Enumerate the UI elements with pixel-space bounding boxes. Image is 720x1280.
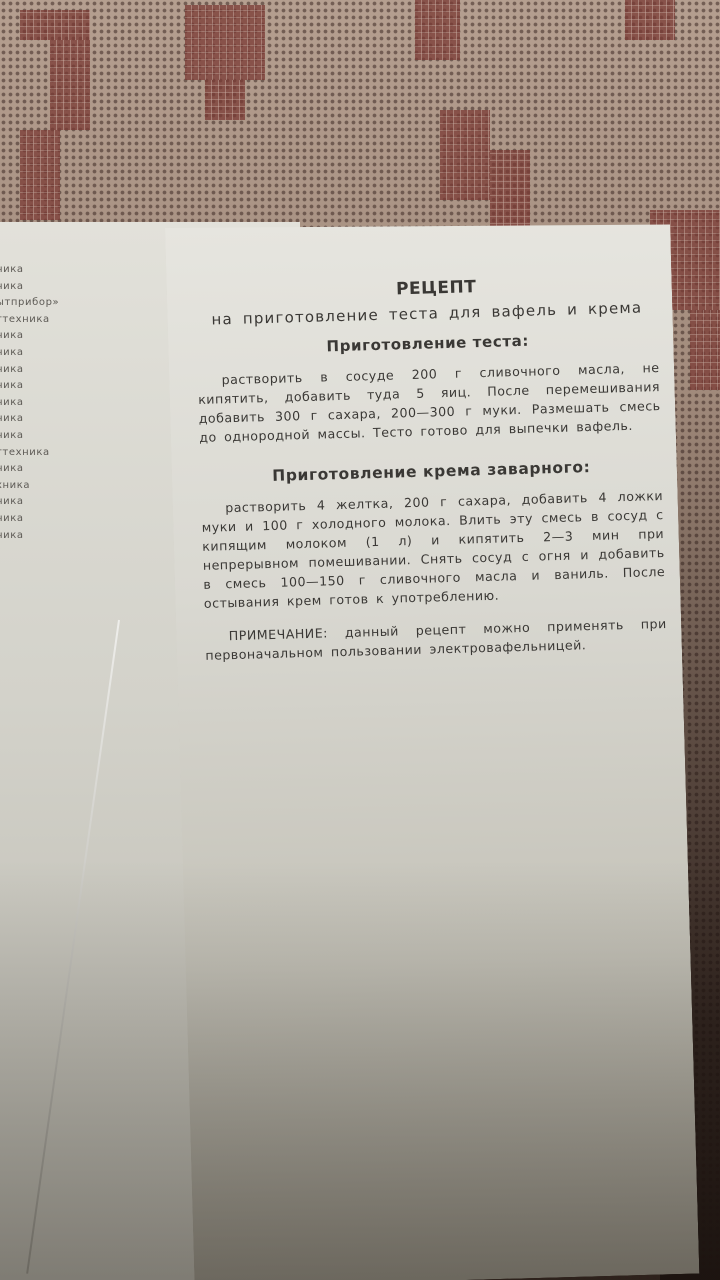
- list-item: ытприбор»: [0, 295, 59, 312]
- recipe-document: РЕЦЕПТ на приготовление теста для вафель…: [195, 272, 667, 665]
- list-item: ника: [0, 328, 59, 345]
- list-item: ника: [0, 362, 59, 379]
- list-item: ттехника: [0, 312, 59, 329]
- list-item: ттехника: [0, 445, 59, 462]
- cream-instructions: растворить 4 желтка, 200 г сахара, добав…: [201, 486, 666, 613]
- dough-instructions: растворить в сосуде 200 г сливочного мас…: [197, 358, 661, 447]
- dough-heading: Приготовление теста:: [197, 328, 659, 359]
- list-item: ника: [0, 528, 59, 545]
- tablecloth-motif: [415, 0, 460, 60]
- tablecloth-motif: [205, 80, 245, 120]
- list-item: ника: [0, 461, 59, 478]
- tablecloth-motif: [20, 130, 60, 220]
- list-item: ника: [0, 345, 59, 362]
- tablecloth-motif: [20, 10, 90, 40]
- tablecloth-motif: [440, 110, 490, 200]
- list-item: ника: [0, 511, 59, 528]
- note-label: ПРИМЕЧАНИЕ:: [229, 625, 329, 643]
- list-item: ника: [0, 279, 59, 296]
- tablecloth-motif: [490, 150, 530, 230]
- tablecloth-motif: [50, 40, 90, 130]
- list-item: ника: [0, 395, 59, 412]
- list-item: хника: [0, 478, 59, 495]
- list-item: ника: [0, 428, 59, 445]
- adjacent-page-list: ника ника ытприбор» ттехника ника ника н…: [0, 262, 59, 544]
- list-item: ника: [0, 494, 59, 511]
- list-item: ника: [0, 262, 59, 279]
- cream-heading: Приготовление крема заварного:: [200, 456, 662, 487]
- list-item: ника: [0, 378, 59, 395]
- list-item: ника: [0, 411, 59, 428]
- tablecloth-motif: [185, 5, 265, 80]
